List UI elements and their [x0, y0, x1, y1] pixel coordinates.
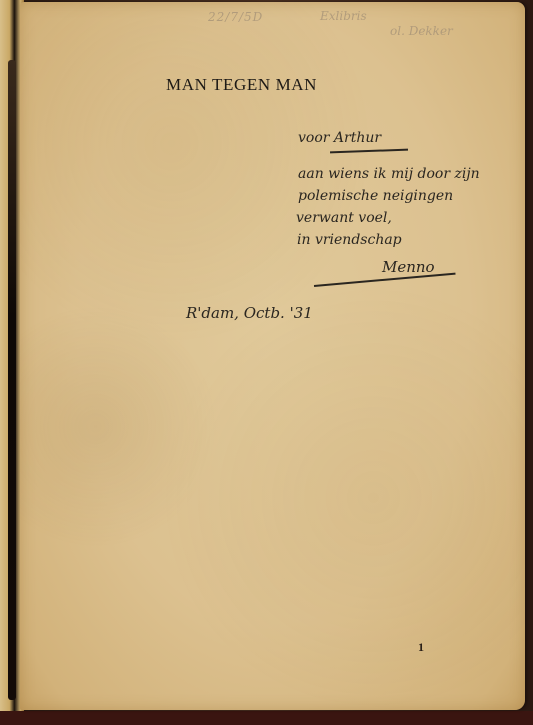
dedication-line: polemische neigingen — [298, 188, 453, 204]
book-title: MAN TEGEN MAN — [166, 75, 317, 95]
signature: Menno — [382, 258, 435, 276]
table-surface — [0, 711, 533, 725]
dedication-line: aan wiens ik mij door zijn — [298, 166, 480, 182]
dedication-line: verwant voel, — [296, 210, 392, 226]
dedication-line: in vriendschap — [297, 232, 402, 248]
book-cover-edge — [8, 60, 16, 700]
page-number: 1 — [418, 640, 424, 655]
recipient-underline — [330, 149, 408, 153]
book-page: 22/7/5D Exlibris ol. Dekker MAN TEGEN MA… — [20, 2, 525, 710]
place-date: R'dam, Octb. '31 — [186, 304, 313, 322]
pencil-ex-libris-line2: ol. Dekker — [390, 24, 453, 38]
photo-scene: 22/7/5D Exlibris ol. Dekker MAN TEGEN MA… — [0, 0, 533, 725]
pencil-catalog-number: 22/7/5D — [208, 10, 263, 24]
dedication-recipient: voor Arthur — [298, 130, 381, 146]
pencil-ex-libris-line1: Exlibris — [320, 9, 367, 23]
